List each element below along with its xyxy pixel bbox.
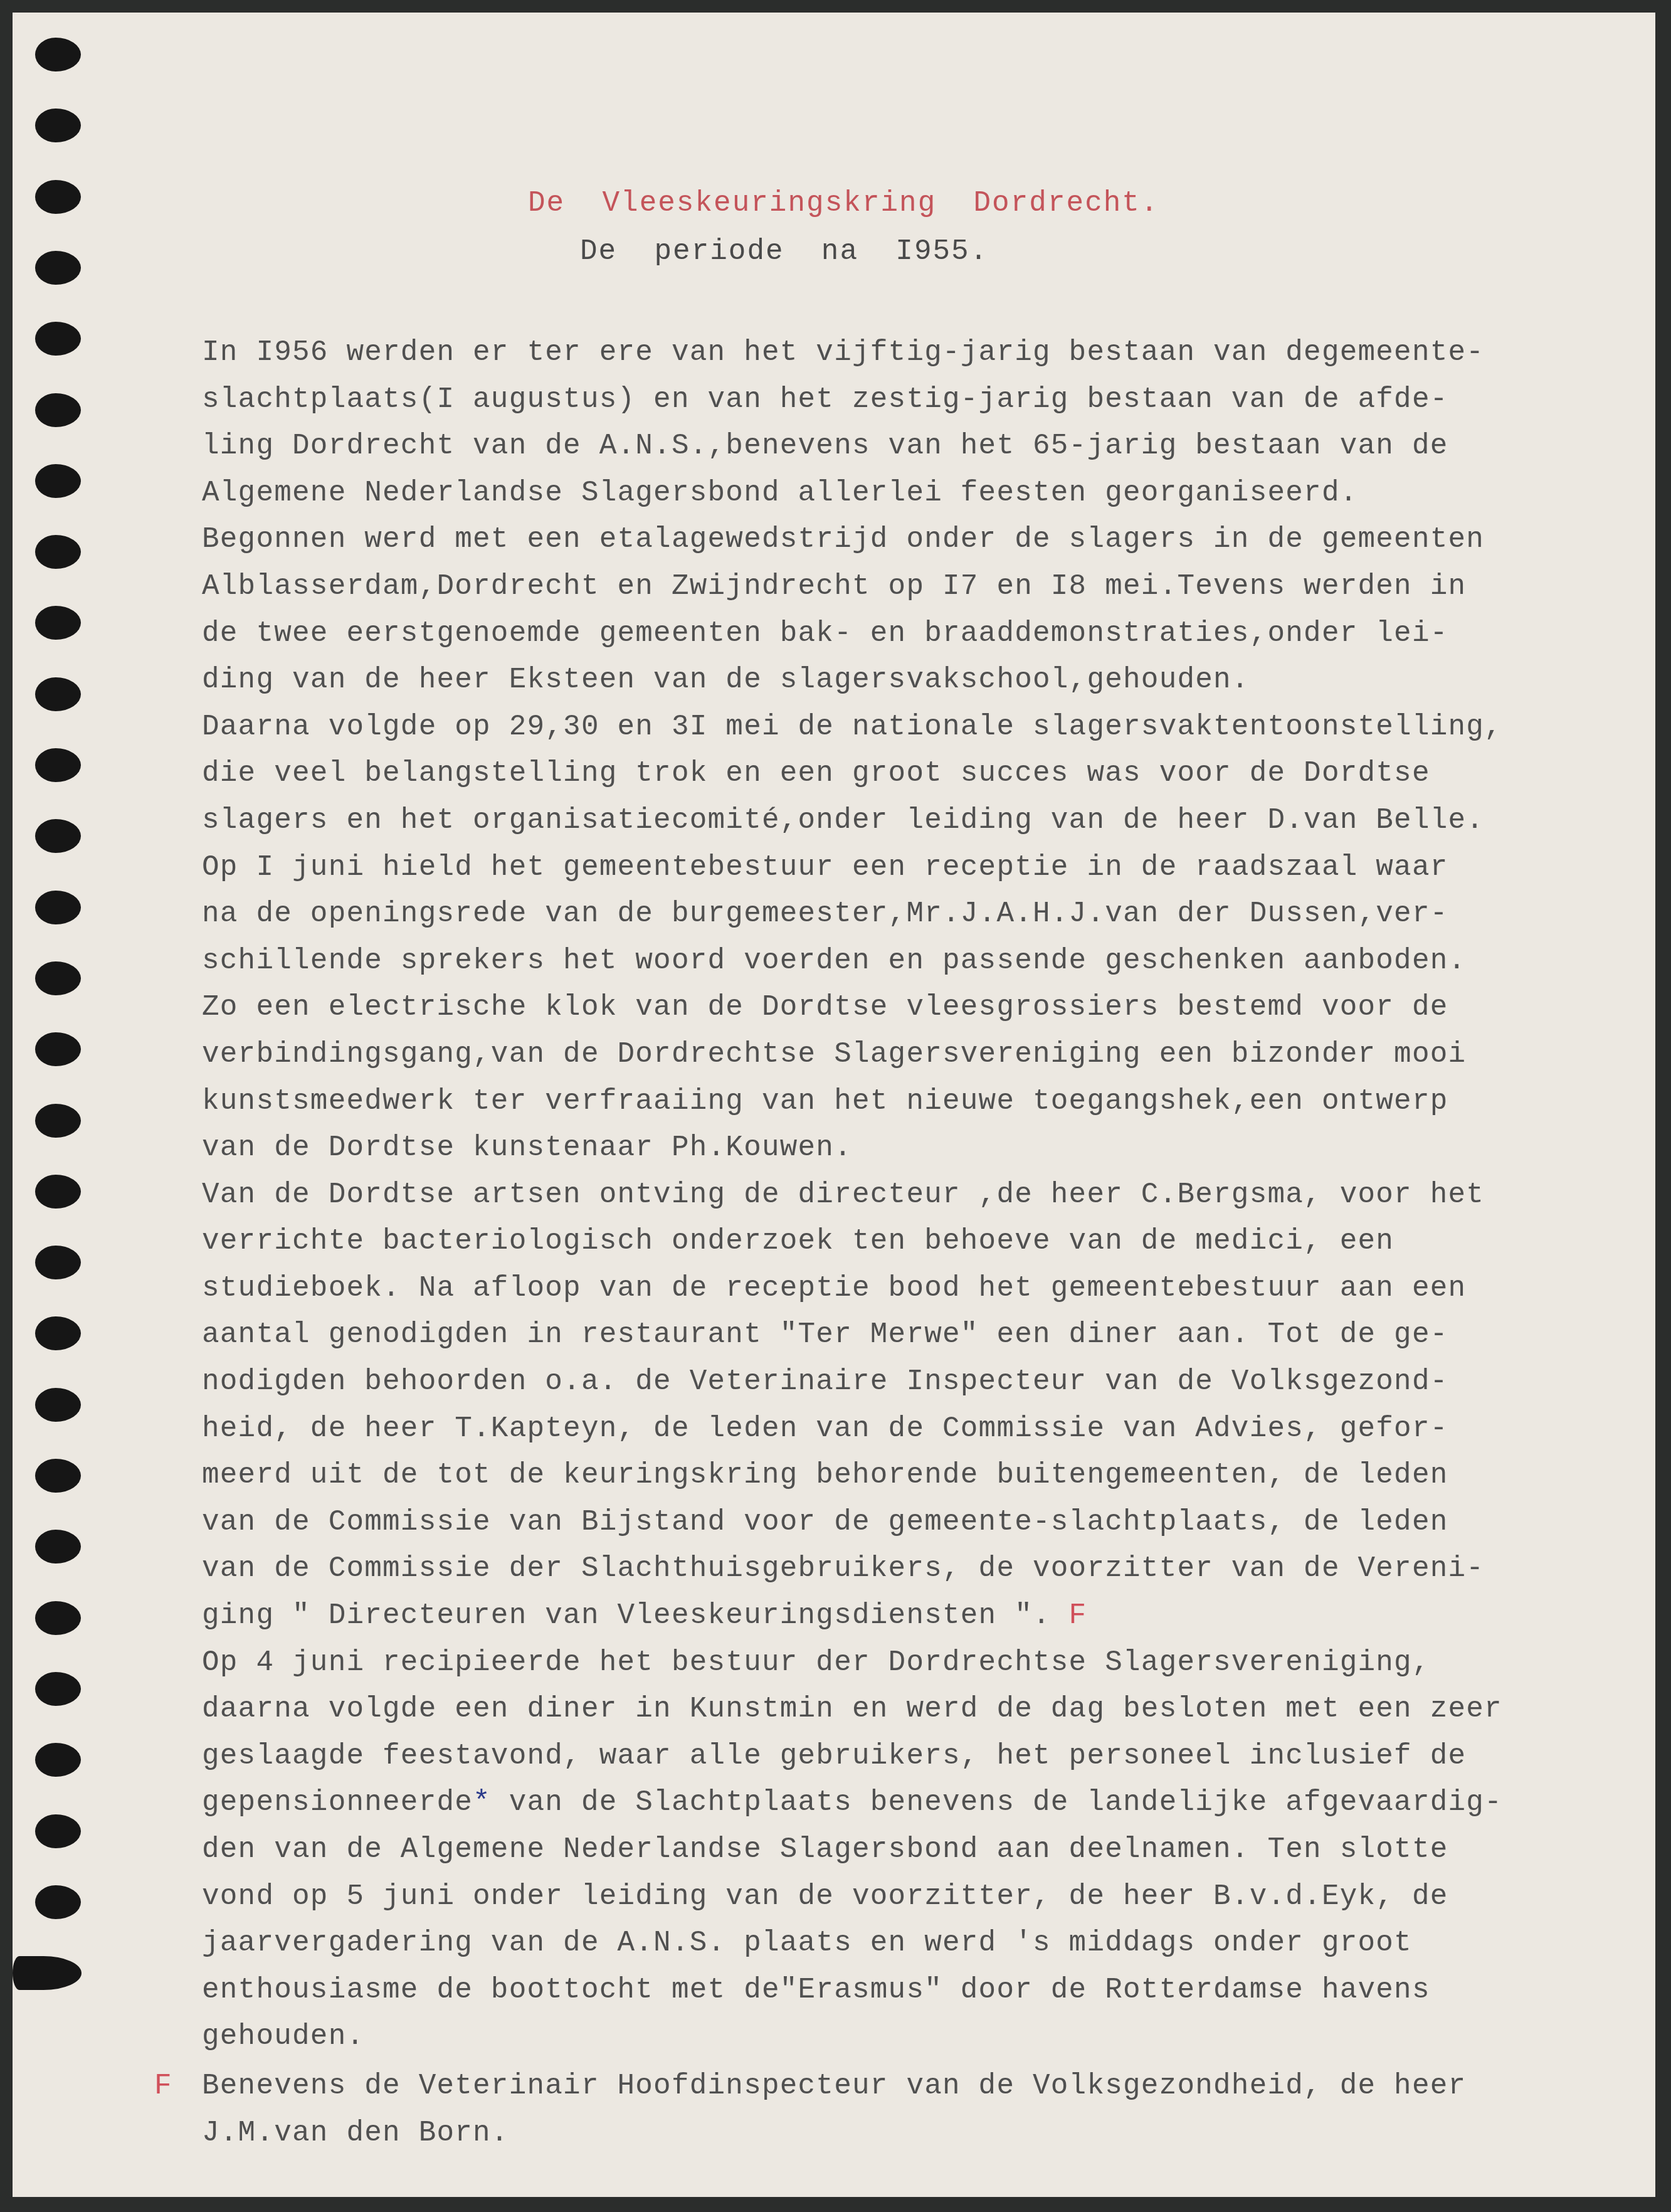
text-line: heid, de heer T.Kapteyn, de leden van de… <box>202 1405 1619 1453</box>
body-text: In I956 werden er ter ere van het vijfti… <box>202 329 1619 2060</box>
punch-hole <box>35 108 81 142</box>
punch-hole <box>35 1885 81 1919</box>
punch-hole <box>35 464 81 498</box>
punch-hole <box>35 322 81 356</box>
text-line: Zo een electrische klok van de Dordtse v… <box>202 984 1619 1031</box>
text-line: de twee eerstgenoemde gemeenten bak- en … <box>202 610 1619 657</box>
punch-hole <box>35 38 81 71</box>
text-line: den van de Algemene Nederlandse Slagersb… <box>202 1826 1619 1873</box>
text-segment: ging " Directeuren van Vleeskeuringsdien… <box>202 1599 1051 1632</box>
text-line: jaarvergadering van de A.N.S. plaats en … <box>202 1920 1619 1967</box>
text-line: vond op 5 juni onder leiding van de voor… <box>202 1873 1619 1920</box>
text-line-with-footnote-ref: ging " Directeuren van Vleeskeuringsdien… <box>202 1592 1619 1639</box>
text-line: Op 4 juni recipieerde het bestuur der Do… <box>202 1639 1619 1686</box>
text-line: Algemene Nederlandse Slagersbond allerle… <box>202 470 1619 517</box>
document-subtitle: De periode na I955. <box>580 235 988 268</box>
text-line: Alblasserdam,Dordrecht en Zwijndrecht op… <box>202 563 1619 610</box>
text-line: geslaagde feestavond, waar alle gebruike… <box>202 1733 1619 1780</box>
footnote-reference[interactable]: F <box>1051 1599 1087 1632</box>
punch-hole <box>35 1104 81 1138</box>
punch-hole <box>35 1672 81 1706</box>
footnote-marker: F <box>154 2063 172 2110</box>
text-line: ling Dordrecht van de A.N.S.,benevens va… <box>202 423 1619 470</box>
text-line: ding van de heer Eksteen van de slagersv… <box>202 657 1619 704</box>
punch-hole <box>35 1743 81 1777</box>
text-line-with-mark: gepensionneerde* van de Slachtplaats ben… <box>202 1779 1619 1826</box>
text-line: gehouden. <box>202 2013 1619 2060</box>
punch-hole <box>35 1530 81 1564</box>
footnote-line: Benevens de Veterinair Hoofdinspecteur v… <box>202 2063 1619 2110</box>
text-line: Begonnen werd met een etalagewedstrijd o… <box>202 516 1619 563</box>
punch-hole <box>35 1175 81 1209</box>
text-segment: gepensionneerde <box>202 1786 473 1819</box>
text-line: aantal genodigden in restaurant "Ter Mer… <box>202 1311 1619 1358</box>
text-line: van de Dordtse kunstenaar Ph.Kouwen. <box>202 1125 1619 1172</box>
text-line: na de openingsrede van de burgemeester,M… <box>202 891 1619 938</box>
punch-hole <box>35 180 81 214</box>
text-line: Op I juni hield het gemeentebestuur een … <box>202 844 1619 891</box>
text-line: Daarna volgde op 29,30 en 3I mei de nati… <box>202 704 1619 751</box>
text-segment: van de Slachtplaats benevens de landelij… <box>491 1786 1502 1819</box>
text-line: meerd uit de tot de keuringskring behore… <box>202 1452 1619 1499</box>
punch-hole <box>35 1814 81 1848</box>
footnote-line: J.M.van den Born. <box>202 2110 1619 2157</box>
text-line: studieboek. Na afloop van de receptie bo… <box>202 1265 1619 1312</box>
text-line: Van de Dordtse artsen ontving de directe… <box>202 1172 1619 1219</box>
punch-hole <box>35 251 81 285</box>
text-line: nodigden behoorden o.a. de Veterinaire I… <box>202 1358 1619 1405</box>
text-line: kunstsmeedwerk ter verfraaiing van het n… <box>202 1078 1619 1125</box>
text-line: In I956 werden er ter ere van het vijfti… <box>202 329 1619 376</box>
punch-hole <box>35 606 81 640</box>
text-line: daarna volgde een diner in Kunstmin en w… <box>202 1686 1619 1733</box>
punch-hole <box>35 1388 81 1422</box>
punch-hole <box>35 961 81 995</box>
footnote: F Benevens de Veterinair Hoofdinspecteur… <box>202 2063 1619 2156</box>
text-line: verbindingsgang,van de Dordrechtse Slage… <box>202 1031 1619 1078</box>
punch-hole <box>35 748 81 782</box>
document-page: De Vleeskeuringskring Dordrecht. De peri… <box>13 13 1655 2197</box>
punch-hole <box>13 1956 82 1990</box>
ink-mark-icon: * <box>473 1786 491 1819</box>
text-line: slachtplaats(I augustus) en van het zest… <box>202 376 1619 423</box>
punch-hole <box>35 1316 81 1350</box>
punch-hole <box>35 1601 81 1635</box>
text-line: enthousiasme de boottocht met de"Erasmus… <box>202 1967 1619 2014</box>
text-line: van de Commissie der Slachthuisgebruiker… <box>202 1545 1619 1592</box>
punch-hole <box>35 819 81 853</box>
text-line: van de Commissie van Bijstand voor de ge… <box>202 1499 1619 1546</box>
punch-hole <box>35 535 81 569</box>
document-title: De Vleeskeuringskring Dordrecht. <box>528 187 1159 220</box>
punch-hole <box>35 1032 81 1066</box>
punch-hole <box>35 677 81 711</box>
text-line: verrichte bacteriologisch onderzoek ten … <box>202 1218 1619 1265</box>
text-line: die veel belangstelling trok en een groo… <box>202 750 1619 797</box>
punch-hole <box>35 393 81 427</box>
punch-hole <box>35 891 81 924</box>
punch-hole <box>35 1459 81 1493</box>
text-line: schillende sprekers het woord voerden en… <box>202 938 1619 985</box>
text-line: slagers en het organisatiecomité,onder l… <box>202 797 1619 844</box>
punch-hole <box>35 1246 81 1279</box>
